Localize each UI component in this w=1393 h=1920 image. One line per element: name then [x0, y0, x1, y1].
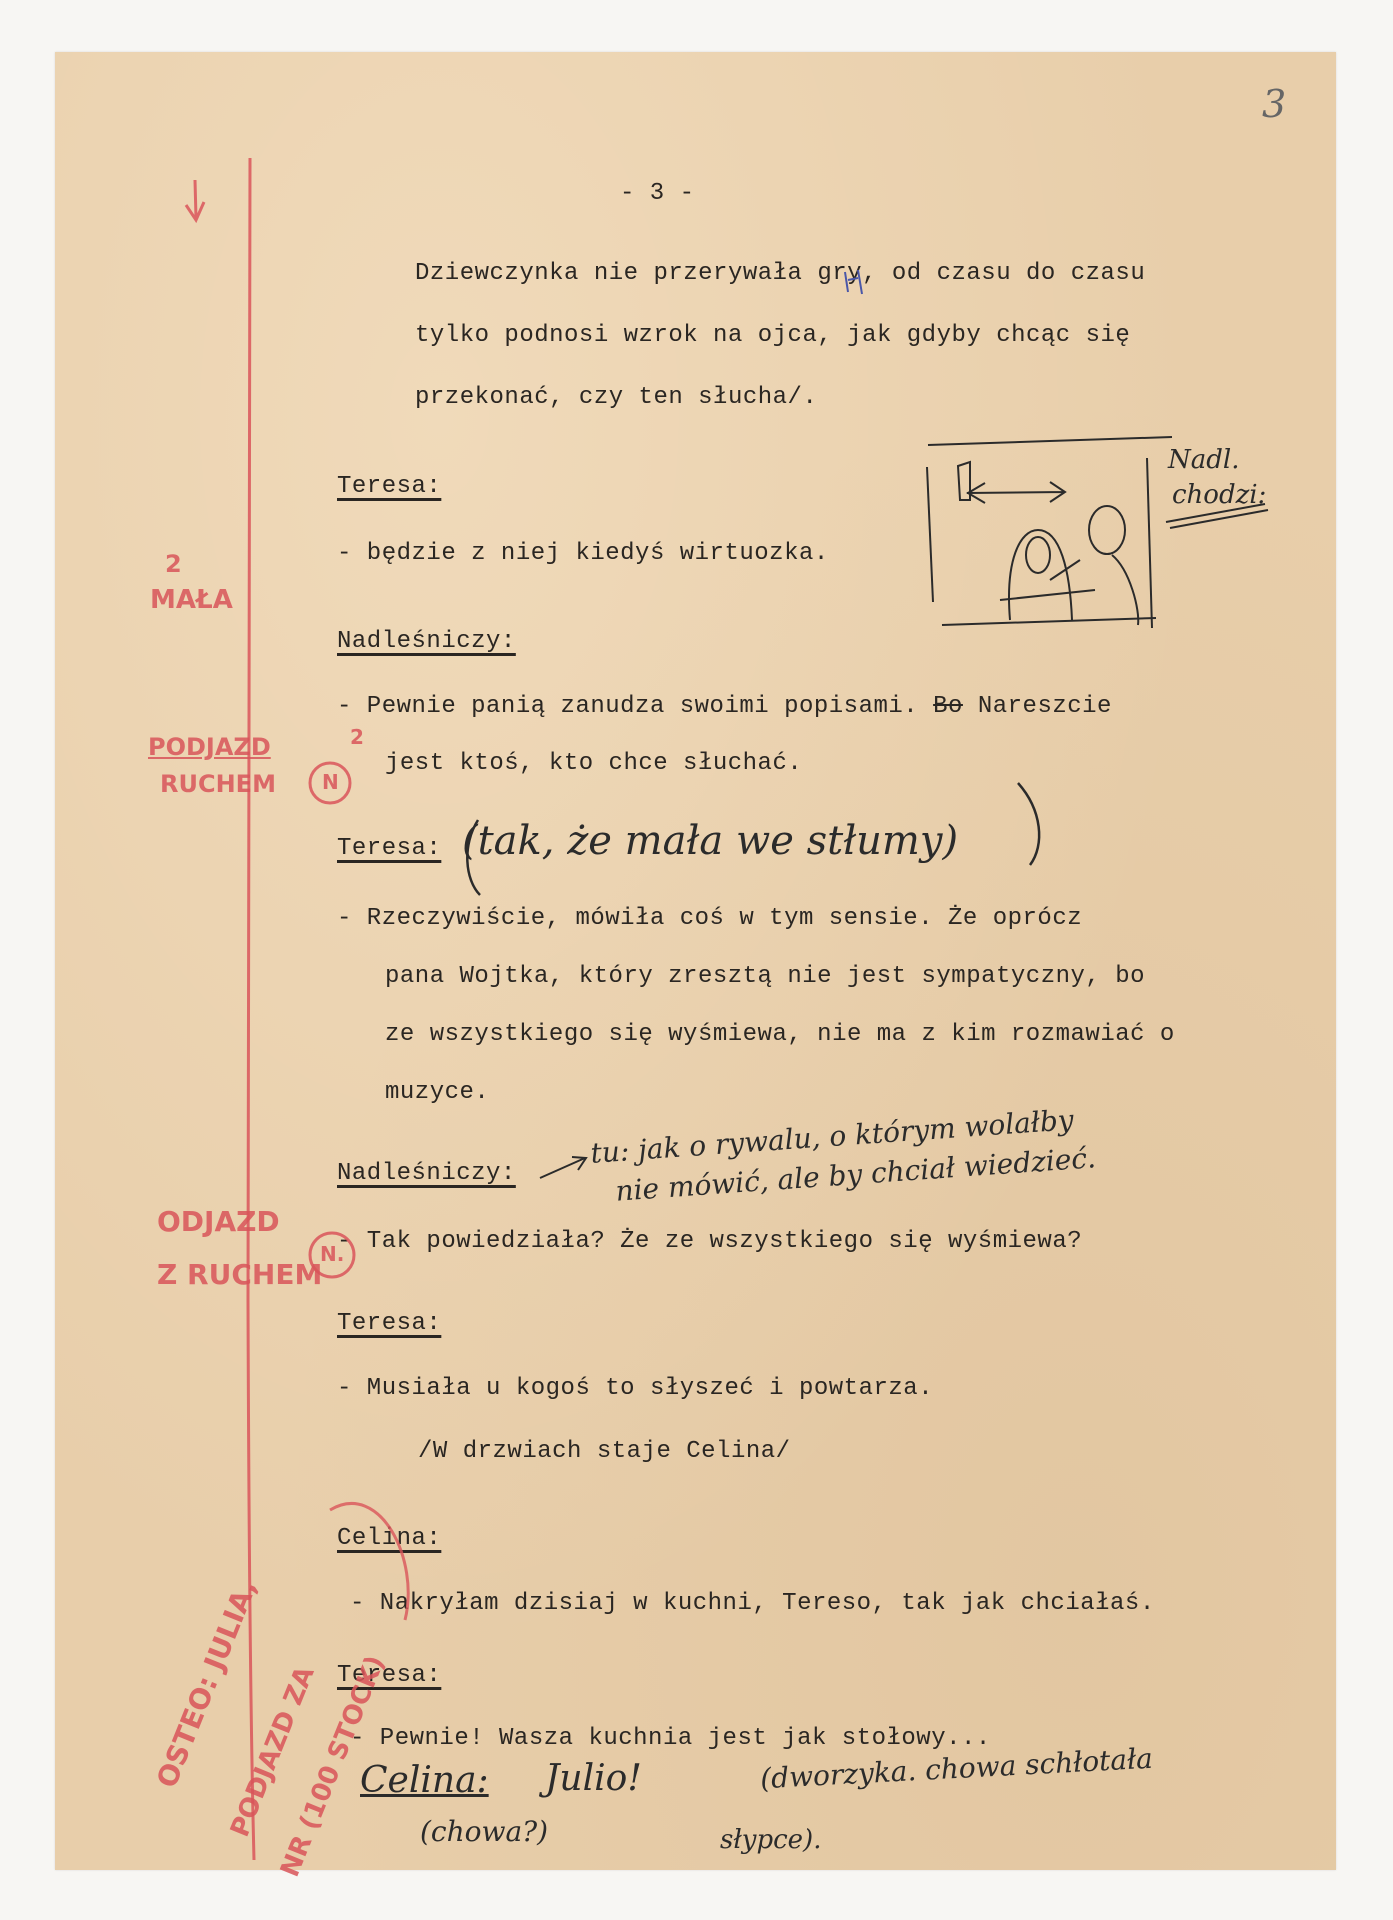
storyboard-sketch-icon	[927, 437, 1268, 628]
down-arrow-icon	[186, 180, 204, 220]
circled-mark: N.	[320, 1242, 344, 1266]
margin-note: Z RUCHEM	[157, 1258, 322, 1291]
margin-note: RUCHEM	[160, 770, 276, 798]
margin-note: 2	[165, 550, 182, 578]
margin-note: 2	[350, 725, 364, 749]
pointer-arrow-icon	[540, 1157, 586, 1178]
circled-mark: N	[322, 770, 339, 794]
margin-note: PODJAZD	[148, 733, 271, 761]
margin-note: ODJAZD	[157, 1205, 280, 1238]
correction-mark-icon	[845, 270, 862, 294]
margin-note: MAŁA	[150, 585, 233, 615]
